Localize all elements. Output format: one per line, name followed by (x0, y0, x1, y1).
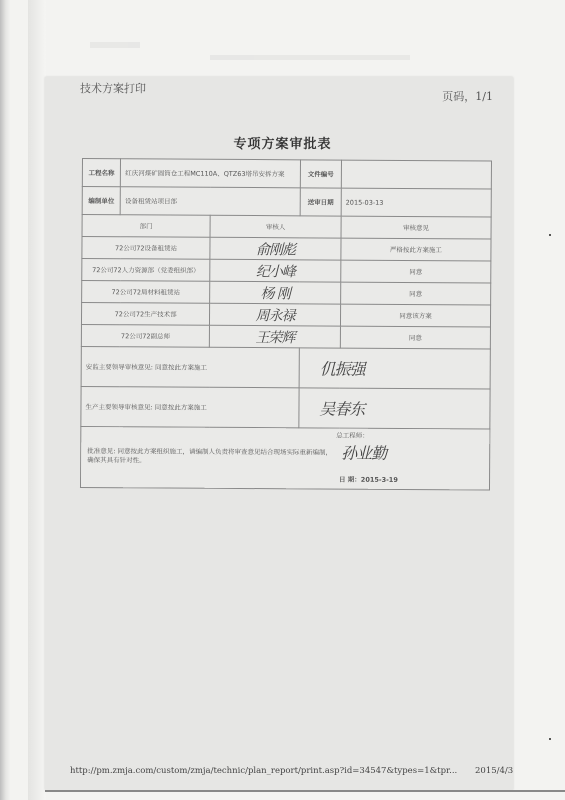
submit-unit-value: 设备租赁站项目部 (120, 187, 300, 216)
safety-leader-row: 安监主要领导审核意见: 同意按此方案施工 仉振强 (81, 346, 490, 388)
table-row: 72公司72设备租赁站 俞刚彪 严格按此方案施工 (82, 237, 491, 261)
safety-leader-signature: 仉振强 (299, 348, 490, 389)
chief-engineer-label: 总工程师： (336, 431, 369, 440)
reviewer-signature: 俞刚彪 (210, 237, 341, 260)
submit-date-value: 2015-03-13 (341, 188, 491, 217)
opinion-cell: 同意 (340, 326, 490, 349)
submit-unit-row: 编制单位 设备租赁站项目部 送审日期 2015-03-13 (82, 187, 491, 217)
final-approval-cell: 批准意见: 同意按此方案组织施工，请编制人负责将审查意见结合现场实际重新编制，确… (80, 426, 489, 489)
project-name-value: 红庆河煤矿圆筒仓工程MC110A、QTZ63塔吊安拆方案 (121, 159, 301, 188)
bleed-through-text (60, 30, 500, 70)
footer-print-date: 2015/4/3 (475, 766, 513, 776)
scan-binding-shadow (28, 0, 46, 800)
opinion-cell: 同意该方案 (340, 304, 490, 327)
department-cell: 72公司72副总师 (81, 324, 209, 347)
approval-date-value: 2015-3-19 (361, 476, 398, 484)
page-number: 页码，1/1 (442, 88, 493, 104)
department-cell: 72公司72人力资源部（党委组织部） (82, 259, 210, 282)
final-approval-row: 批准意见: 同意按此方案组织施工，请编制人负责将审查意见结合现场实际重新编制，确… (80, 426, 489, 489)
opinion-cell: 同意 (341, 282, 491, 305)
scan-speck (549, 234, 551, 236)
production-leader-signature: 吴春东 (299, 388, 490, 429)
table-row: 72公司72局材料租赁站 杨 刚 同意 (82, 281, 491, 305)
department-cell: 72公司72局材料租赁站 (82, 281, 210, 304)
project-name-label: 工程名称 (82, 159, 120, 187)
approval-date: 日 期：2015-3-19 (339, 475, 398, 484)
print-header-title: 技术方案打印 (80, 80, 146, 96)
department-cell: 72公司72设备租赁站 (82, 237, 210, 260)
approval-form-table: 工程名称 红庆河煤矿圆筒仓工程MC110A、QTZ63塔吊安拆方案 文件编号 编… (80, 158, 492, 490)
chief-engineer-signature: 孙业勤 (341, 441, 386, 464)
opinion-cell: 同意 (341, 260, 491, 283)
final-approval-text: 批准意见: 同意按此方案组织施工，请编制人负责将审查意见结合现场实际重新编制，确… (87, 447, 337, 467)
submit-date-label: 送审日期 (300, 188, 341, 216)
column-header-reviewer: 审核人 (210, 215, 341, 238)
sheet-bottom-edge (45, 790, 565, 792)
production-leader-opinion: 生产主要领导审核意见: 同意按此方案施工 (81, 386, 299, 427)
table-row: 72公司72生产技术部 周永禄 同意该方案 (81, 303, 490, 327)
column-header-opinion: 审核意见 (341, 216, 491, 239)
reviewer-signature: 王荣辉 (209, 325, 340, 348)
table-row: 72公司72人力资源部（党委组织部） 纪小峰 同意 (82, 259, 491, 283)
opinion-cell: 严格按此方案施工 (341, 238, 491, 261)
safety-leader-opinion: 安监主要领导审核意见: 同意按此方案施工 (81, 346, 299, 387)
form-title: 专项方案审批表 (0, 133, 565, 152)
reviewer-signature: 杨 刚 (210, 281, 341, 304)
footer-url: http://pm.zmja.com/custom/zmja/technic/p… (70, 766, 457, 776)
project-name-row: 工程名称 红庆河煤矿圆筒仓工程MC110A、QTZ63塔吊安拆方案 文件编号 (82, 159, 491, 189)
reviewer-signature: 纪小峰 (210, 259, 341, 282)
table-row: 72公司72副总师 王荣辉 同意 (81, 324, 490, 348)
column-header-row: 部门 审核人 审核意见 (82, 215, 491, 239)
scan-binding-edge (0, 0, 10, 800)
approval-date-label: 日 期： (339, 476, 361, 484)
column-header-department: 部门 (82, 215, 210, 238)
reviewer-signature: 周永禄 (210, 303, 341, 326)
submit-unit-label: 编制单位 (82, 187, 120, 215)
production-leader-row: 生产主要领导审核意见: 同意按此方案施工 吴春东 (81, 386, 490, 428)
department-cell: 72公司72生产技术部 (81, 303, 209, 326)
file-no-value (341, 160, 491, 189)
scan-speck (549, 738, 551, 740)
file-no-label: 文件编号 (300, 160, 341, 188)
